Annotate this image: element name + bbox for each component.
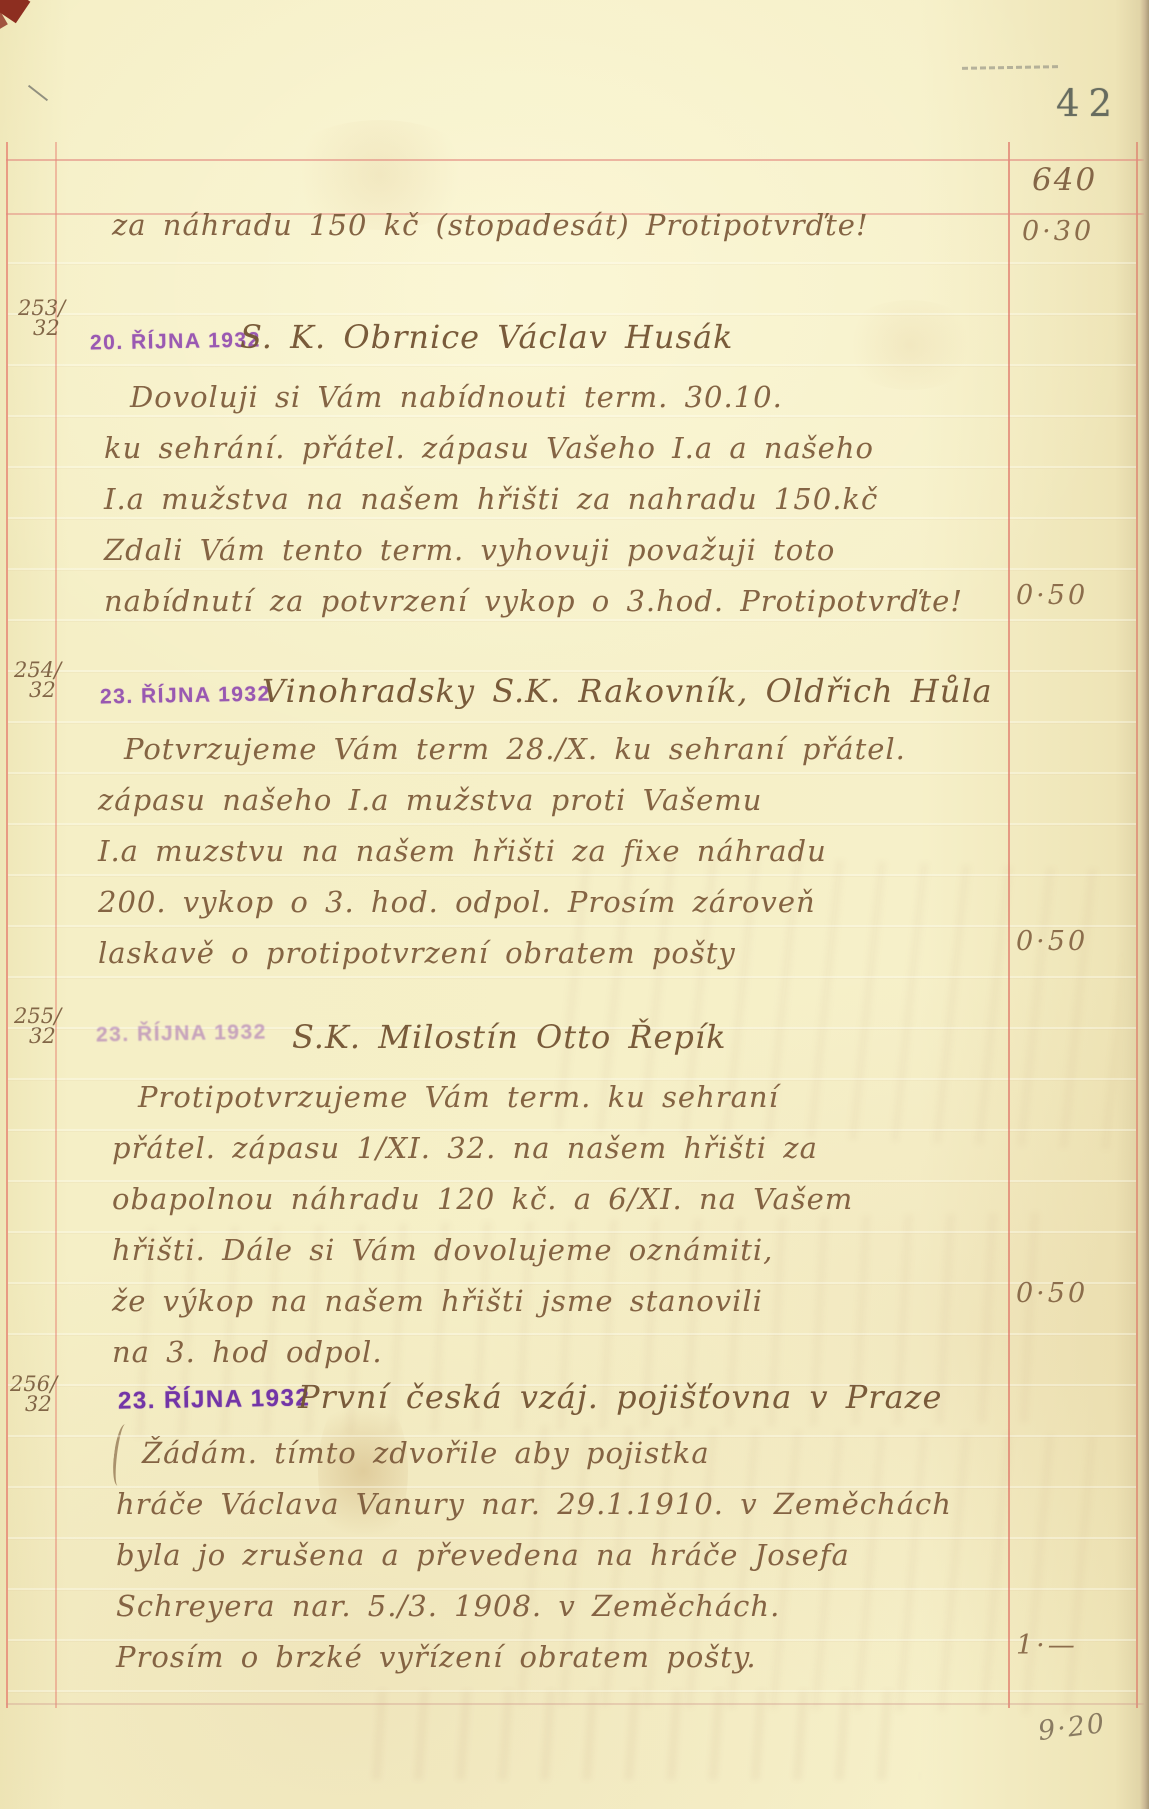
amount-header-value: 640 <box>1032 162 1097 198</box>
fee-amount: 0·50 <box>1016 926 1088 957</box>
entry-number-bottom: 32 <box>29 1026 61 1046</box>
page-number-stamp: 42 <box>1056 82 1121 125</box>
footer-total: 9·20 <box>1036 1708 1107 1747</box>
entry-line: ku sehrání. přátel. zápasu Vašeho I.a a … <box>104 423 963 474</box>
entry-number: 254/ 32 <box>14 660 61 700</box>
entry-body: Protipotvrzujeme Vám term. ku sehraní př… <box>112 1072 853 1378</box>
entry-line: hřišti. Dále si Vám dovolujeme oznámiti, <box>112 1225 853 1276</box>
entry-number: 255/ 32 <box>14 1006 61 1046</box>
date-stamp: 23. ŘÍJNA 1932 <box>100 683 271 710</box>
entry-line: přátel. zápasu 1/XI. 32. na našem hřišti… <box>112 1123 853 1174</box>
amount-column-rule <box>1008 142 1010 1708</box>
date-stamp: 20. ŘÍJNA 1932 <box>90 329 261 356</box>
page-edge-shadow <box>1140 0 1149 1809</box>
fee-amount: 0·50 <box>1016 1278 1088 1309</box>
entry-number-bottom: 32 <box>33 318 65 338</box>
entry-body: Žádám. tímto zdvořile aby pojistka hráče… <box>116 1428 952 1683</box>
entry-line: Schreyera nar. 5./3. 1908. v Zeměchách. <box>116 1581 952 1632</box>
entry-line: obapolnou náhradu 120 kč. a 6/XI. na Vaš… <box>112 1174 853 1225</box>
entry-number: 256/ 32 <box>10 1374 57 1414</box>
entry-body: Potvrzujeme Vám term 28./X. ku sehraní p… <box>98 724 906 979</box>
entry-line: nabídnutí za potvrzení vykop o 3.hod. Pr… <box>104 576 963 627</box>
entry-number-bottom: 32 <box>29 680 61 700</box>
entry-line: laskavě o protipotvrzení obratem pošty <box>98 928 906 979</box>
entry-line: I.a muzstvu na našem hřišti za fixe náhr… <box>98 826 906 877</box>
pen-slash-mark <box>28 85 48 101</box>
entry-line: Potvrzujeme Vám term 28./X. ku sehraní p… <box>98 724 906 775</box>
entry-body: Dovoluji si Vám nabídnouti term. 30.10. … <box>104 372 963 627</box>
entry-number: 253/ 32 <box>18 298 65 338</box>
entry-addressee: Vinohradsky S.K. Rakovník, Oldřich Hůla <box>262 672 993 710</box>
left-margin-rule-2 <box>55 142 57 1708</box>
fee-amount: 0·50 <box>1016 580 1088 611</box>
pen-dash-mark <box>962 65 1058 70</box>
entry-line: Prosím o brzké vyřízení obratem pošty. <box>116 1632 952 1683</box>
entry-line: Žádám. tímto zdvořile aby pojistka <box>116 1428 952 1479</box>
entry-line: byla jo zrušena a převedena na hráče Jos… <box>116 1530 952 1581</box>
entry-addressee: První česká vzáj. pojišťovna v Praze <box>298 1378 942 1416</box>
entry-number-bottom: 32 <box>25 1394 57 1414</box>
corner-ink-mark <box>0 9 8 30</box>
entry-addressee: S. K. Obrnice Václav Husák <box>240 318 733 356</box>
entry-line: I.a mužstva na našem hřišti za nahradu 1… <box>104 474 963 525</box>
date-stamp: 23. ŘÍJNA 1932 <box>96 1021 267 1048</box>
carryover-amount: 0·30 <box>1022 216 1094 247</box>
entry-line: Dovoluji si Vám nabídnouti term. 30.10. <box>104 372 963 423</box>
date-stamp: 23. ŘÍJNA 1932 <box>118 1384 311 1415</box>
entry-line: Protipotvrzujeme Vám term. ku sehraní <box>112 1072 853 1123</box>
entry-line: Zdali Vám tento term. vyhovuji považuji … <box>104 525 963 576</box>
entry-line: zápasu našeho I.a mužstva proti Vašemu <box>98 775 906 826</box>
entry-addressee: S.K. Milostín Otto Řepík <box>292 1018 727 1056</box>
entry-line: 200. vykop o 3. hod. odpol. Prosím zárov… <box>98 877 906 928</box>
entry-line: na 3. hod odpol. <box>112 1327 853 1378</box>
footer-rule <box>6 1703 1144 1705</box>
fee-amount: 1·— <box>1016 1630 1078 1661</box>
corner-ink-mark <box>0 0 30 23</box>
header-rule-top <box>6 159 1144 161</box>
right-edge-rule <box>1136 142 1138 1708</box>
ledger-page: 42 640 0·30 za náhradu 150 kč (stopadesá… <box>0 0 1149 1809</box>
carryover-line: za náhradu 150 kč (stopadesát) Protipotv… <box>112 208 869 242</box>
left-margin-rule <box>6 142 8 1708</box>
entry-line: že výkop na našem hřišti jsme stanovili <box>112 1276 853 1327</box>
entry-line: hráče Václava Vanury nar. 29.1.1910. v Z… <box>116 1479 952 1530</box>
